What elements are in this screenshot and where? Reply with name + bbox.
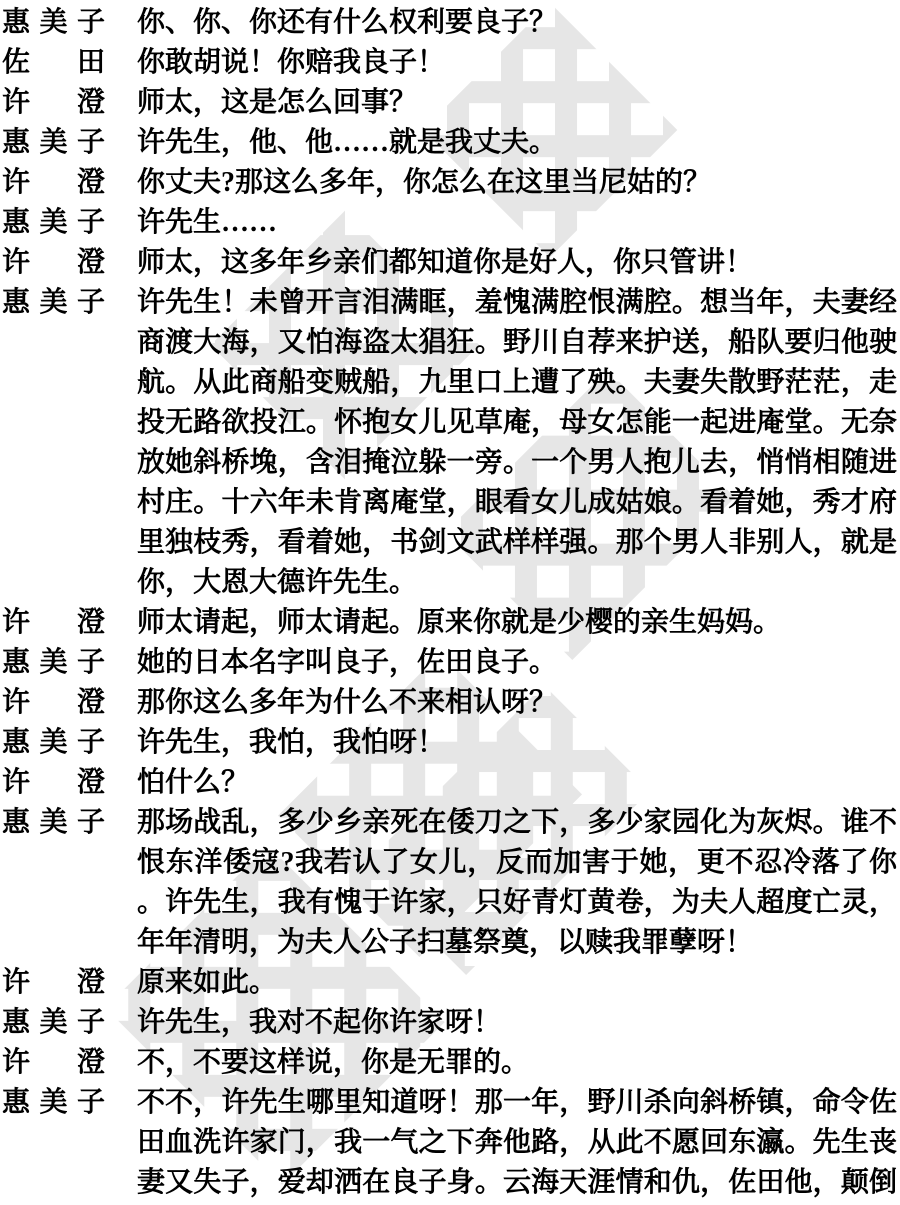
script-line: 商渡大海，又怕海盗太猖狂。野川自荐来护送，船队要归他驶: [0, 323, 900, 363]
script-line: 许澄 不，不要这样说，你是无罪的。: [0, 1043, 900, 1083]
speaker-name: 许澄: [2, 763, 105, 803]
speaker-name: [2, 843, 105, 883]
speaker-name: [2, 883, 105, 923]
speaker-name: 许澄: [2, 1043, 105, 1083]
speaker-name: 许澄: [2, 163, 105, 203]
script-line: 放她斜桥堍，含泪掩泣躲一旁。一个男人抱儿去，悄悄相随进: [0, 443, 900, 483]
dialogue-text: 原来如此。: [137, 963, 897, 1003]
dialogue-text: 许先生，我对不起你许家呀！: [137, 1003, 897, 1043]
script-line: 许澄 原来如此。: [0, 963, 900, 1003]
dialogue-text: 怕什么？: [137, 763, 897, 803]
dialogue-lines: 惠美子 你、你、你还有什么权利要良子？ 佐田 你敢胡说！你赔我良子！ 许澄 师太…: [0, 3, 900, 1203]
speaker-name: 惠美子: [2, 803, 105, 843]
dialogue-text: 许先生……: [137, 203, 897, 243]
script-line: 村庄。十六年未肯离庵堂，眼看女儿成姑娘。看着她，秀才府: [0, 483, 900, 523]
dialogue-text: 你敢胡说！你赔我良子！: [137, 43, 897, 83]
speaker-name: 许澄: [2, 603, 105, 643]
script-line: 许澄 那你这么多年为什么不来相认呀？: [0, 683, 900, 723]
speaker-name: [2, 483, 105, 523]
script-line: 惠美子 许先生……: [0, 203, 900, 243]
dialogue-text: 你、你、你还有什么权利要良子？: [137, 3, 897, 43]
script-line: 许澄 怕什么？: [0, 763, 900, 803]
dialogue-text: 不不，许先生哪里知道呀！那一年，野川杀向斜桥镇，命令佐: [137, 1083, 897, 1123]
script-line: 年年清明，为夫人公子扫墓祭奠，以赎我罪孽呀！: [0, 923, 900, 963]
script-line: 。许先生，我有愧于许家，只好青灯黄卷，为夫人超度亡灵，: [0, 883, 900, 923]
speaker-name: 许澄: [2, 83, 105, 123]
speaker-name: [2, 523, 105, 563]
script-line: 惠美子 许先生，我对不起你许家呀！: [0, 1003, 900, 1043]
script-line: 惠美子 你、你、你还有什么权利要良子？: [0, 3, 900, 43]
dialogue-text: 你，大恩大德许先生。: [137, 563, 897, 603]
script-page: 惠美子 你、你、你还有什么权利要良子？ 佐田 你敢胡说！你赔我良子！ 许澄 师太…: [0, 0, 900, 1205]
script-line: 里独枝秀，看着她，书剑文武样样强。那个男人非别人，就是: [0, 523, 900, 563]
dialogue-text: 那你这么多年为什么不来相认呀？: [137, 683, 897, 723]
dialogue-text: 师太请起，师太请起。原来你就是少樱的亲生妈妈。: [137, 603, 897, 643]
script-line: 许澄 师太请起，师太请起。原来你就是少樱的亲生妈妈。: [0, 603, 900, 643]
speaker-name: 惠美子: [2, 123, 105, 163]
speaker-name: 惠美子: [2, 643, 105, 683]
speaker-name: 惠美子: [2, 1003, 105, 1043]
script-line: 佐田 你敢胡说！你赔我良子！: [0, 43, 900, 83]
dialogue-text: 。许先生，我有愧于许家，只好青灯黄卷，为夫人超度亡灵，: [137, 883, 897, 923]
speaker-name: 惠美子: [2, 283, 105, 323]
script-line: 田血洗许家门，我一气之下奔他路，从此不愿回东瀛。先生丧: [0, 1123, 900, 1163]
script-line: 惠美子 不不，许先生哪里知道呀！那一年，野川杀向斜桥镇，命令佐: [0, 1083, 900, 1123]
dialogue-text: 师太，这多年乡亲们都知道你是好人，你只管讲！: [137, 243, 897, 283]
speaker-name: [2, 1163, 105, 1203]
script-line: 妻又失子，爱却洒在良子身。云海天涯情和仇，佐田他，颠倒: [0, 1163, 900, 1203]
speaker-name: 惠美子: [2, 723, 105, 763]
script-line: 惠美子 许先生，他、他……就是我丈夫。: [0, 123, 900, 163]
script-line: 惠美子 许先生！未曾开言泪满眶，羞愧满腔恨满腔。想当年，夫妻经: [0, 283, 900, 323]
dialogue-text: 年年清明，为夫人公子扫墓祭奠，以赎我罪孽呀！: [137, 923, 897, 963]
script-line: 许澄 你丈夫?那这么多年，你怎么在这里当尼姑的？: [0, 163, 900, 203]
dialogue-text: 师太，这是怎么回事？: [137, 83, 897, 123]
script-line: 你，大恩大德许先生。: [0, 563, 900, 603]
script-line: 惠美子 那场战乱，多少乡亲死在倭刀之下，多少家园化为灰烬。谁不: [0, 803, 900, 843]
speaker-name: [2, 923, 105, 963]
script-line: 许澄 师太，这是怎么回事？: [0, 83, 900, 123]
dialogue-text: 你丈夫?那这么多年，你怎么在这里当尼姑的？: [137, 163, 897, 203]
dialogue-text: 那场战乱，多少乡亲死在倭刀之下，多少家园化为灰烬。谁不: [137, 803, 897, 843]
dialogue-text: 商渡大海，又怕海盗太猖狂。野川自荐来护送，船队要归他驶: [137, 323, 897, 363]
script-line: 惠美子 她的日本名字叫良子，佐田良子。: [0, 643, 900, 683]
speaker-name: [2, 323, 105, 363]
dialogue-text: 不，不要这样说，你是无罪的。: [137, 1043, 897, 1083]
script-line: 惠美子 许先生，我怕，我怕呀！: [0, 723, 900, 763]
dialogue-text: 航。从此商船变贼船，九里口上遭了殃。夫妻失散野茫茫，走: [137, 363, 897, 403]
dialogue-text: 许先生！未曾开言泪满眶，羞愧满腔恨满腔。想当年，夫妻经: [137, 283, 897, 323]
speaker-name: 惠美子: [2, 3, 105, 43]
dialogue-text: 投无路欲投江。怀抱女儿见草庵，母女怎能一起进庵堂。无奈: [137, 403, 897, 443]
dialogue-text: 恨东洋倭寇?我若认了女儿，反而加害于她，更不忍冷落了你: [137, 843, 897, 883]
script-line: 恨东洋倭寇?我若认了女儿，反而加害于她，更不忍冷落了你: [0, 843, 900, 883]
speaker-name: 许澄: [2, 243, 105, 283]
dialogue-text: 田血洗许家门，我一气之下奔他路，从此不愿回东瀛。先生丧: [137, 1123, 897, 1163]
script-line: 投无路欲投江。怀抱女儿见草庵，母女怎能一起进庵堂。无奈: [0, 403, 900, 443]
speaker-name: 佐田: [2, 43, 105, 83]
speaker-name: 许澄: [2, 963, 105, 1003]
speaker-name: [2, 363, 105, 403]
speaker-name: 惠美子: [2, 203, 105, 243]
dialogue-text: 许先生，我怕，我怕呀！: [137, 723, 897, 763]
script-line: 航。从此商船变贼船，九里口上遭了殃。夫妻失散野茫茫，走: [0, 363, 900, 403]
speaker-name: 惠美子: [2, 1083, 105, 1123]
dialogue-text: 许先生，他、他……就是我丈夫。: [137, 123, 897, 163]
dialogue-text: 妻又失子，爱却洒在良子身。云海天涯情和仇，佐田他，颠倒: [137, 1163, 897, 1203]
dialogue-text: 放她斜桥堍，含泪掩泣躲一旁。一个男人抱儿去，悄悄相随进: [137, 443, 897, 483]
speaker-name: 许澄: [2, 683, 105, 723]
speaker-name: [2, 1123, 105, 1163]
script-line: 许澄 师太，这多年乡亲们都知道你是好人，你只管讲！: [0, 243, 900, 283]
dialogue-text: 里独枝秀，看着她，书剑文武样样强。那个男人非别人，就是: [137, 523, 897, 563]
speaker-name: [2, 563, 105, 603]
dialogue-text: 她的日本名字叫良子，佐田良子。: [137, 643, 897, 683]
speaker-name: [2, 443, 105, 483]
dialogue-text: 村庄。十六年未肯离庵堂，眼看女儿成姑娘。看着她，秀才府: [137, 483, 897, 523]
speaker-name: [2, 403, 105, 443]
